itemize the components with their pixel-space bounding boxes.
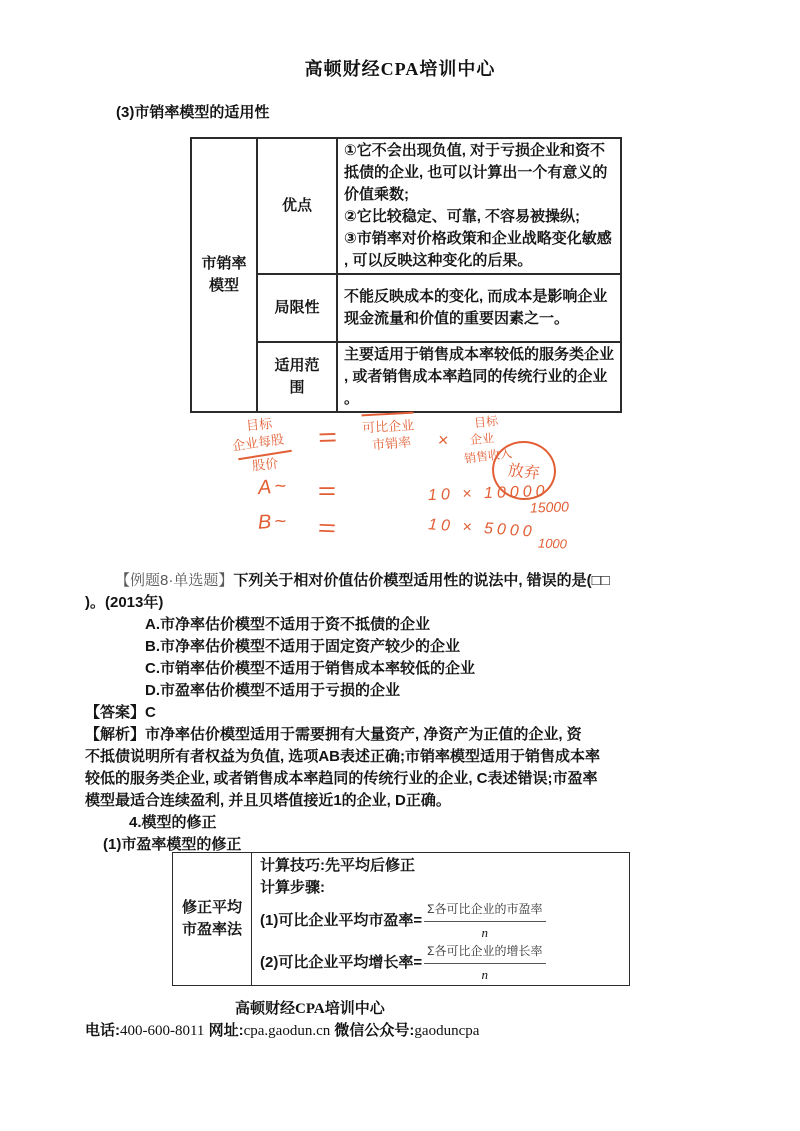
website-label: 网址: [204,1022,243,1039]
handwritten-rowB-equals: = [317,515,337,544]
calc-tip-line: 计算技巧:先平均后修正 [260,855,621,877]
handwritten-term1-line2: 市销率 [371,431,412,453]
pros-label-cell: 优点 [257,138,337,274]
document-page: 高顿财经CPA培训中心 (3)市销率模型的适用性 市销率 模型 优点 ①它不会出… [0,0,800,1131]
calc-steps-label: 计算步骤: [260,877,621,899]
adjusted-pe-row-header-line2: 市盈率法 [174,919,250,941]
ps-table-row-header-line1: 市销率 [193,253,255,275]
analysis-line-1: 【解析】市净率估价模型适用于需要拥有大量资产, 净资产为正值的企业, 资 [85,724,745,746]
step1-numerator: Σ各可比企业的市盈率 [424,898,545,922]
wechat-value: gaoduncpa [414,1023,479,1039]
option-c: C.市销率估价模型不适用于销售成本率较低的企业 [85,658,745,680]
footer-contact-line: 电话:400-600-8011 网址:cpa.gaodun.cn 微信公众号:g… [85,1019,479,1040]
section4-heading: 4.模型的修正 [85,812,745,834]
step1-fraction: Σ各可比企业的市盈率 n [424,898,545,944]
step1-label: (1)可比企业平均市盈率= [260,910,422,932]
step2-fraction: Σ各可比企业的增长率 n [424,940,545,986]
question-stem-text: 下列关于相对价值估价模型适用性的说法中, 错误的是(□□ [233,572,609,589]
analysis-line-3: 较低的服务类企业, 或者销售成本率趋同的传统行业的企业, C表述错误;市盈率 [85,768,745,790]
website-value: cpa.gaodun.cn [244,1023,331,1039]
option-d: D.市盈率估价模型不适用于亏损的企业 [85,680,745,702]
handwritten-term2-line2: 企业 [469,429,494,448]
handwritten-rowB-result: 1000 [538,535,567,551]
pros-item-1: ①它不会出现负值, 对于亏损企业和资不抵债的企业, 也可以计算出一个有意义的价值… [344,140,614,206]
step2-denominator: n [424,964,545,986]
adjusted-pe-row-header-line1: 修正平均 [174,897,250,919]
pros-item-3: ③市销率对价格政策和企业战略变化敏感, 可以反映这种变化的后果。 [344,228,614,272]
handwritten-rowA-result: 15000 [530,498,569,515]
step1-row: (1)可比企业平均市盈率= Σ各可比企业的市盈率 n [260,901,621,941]
question-stem-line1: 【例题8·单选题】下列关于相对价值估价模型适用性的说法中, 错误的是(□□ [85,570,745,592]
option-a: A.市净率估价模型不适用于资不抵债的企业 [85,614,745,636]
question-stem-line2: )。(2013年) [85,592,745,614]
step2-label: (2)可比企业平均增长率= [260,952,422,974]
handwritten-fraction-line3: 股价 [251,453,279,475]
handwritten-rowA-label: A~ [257,475,290,500]
handwritten-equals-sign: = [317,422,337,454]
step2-row: (2)可比企业平均增长率= Σ各可比企业的增长率 n [260,943,621,983]
ps-table-row-header: 市销率 模型 [191,138,257,412]
handwritten-rowA-equals: = [318,478,336,506]
step2-numerator: Σ各可比企业的增长率 [424,940,545,964]
scope-label-cell: 适用范围 [257,342,337,412]
analysis-line-2: 不抵债说明所有者权益为负值, 选项AB表述正确;市销率模型适用于销售成本率 [85,746,745,768]
handwritten-fraction-line2: 企业每股 [231,428,285,454]
handwritten-multiply-sign: × [437,430,449,452]
page-title: 高顿财经CPA培训中心 [0,55,800,81]
phone-value: 400-600-8011 [120,1023,204,1039]
ps-ratio-table: 市销率 模型 优点 ①它不会出现负值, 对于亏损企业和资不抵债的企业, 也可以计… [190,137,622,413]
adjusted-pe-content-cell: 计算技巧:先平均后修正 计算步骤: (1)可比企业平均市盈率= Σ各可比企业的市… [252,853,630,986]
question-tag: 【例题8·单选题】 [115,572,233,589]
analysis-line-4: 模型最适合连续盈利, 并且贝塔值接近1的企业, D正确。 [85,790,745,812]
handwritten-annotation-layer: 目标 企业每股 股价 = 可比企业 市销率 × 目标 企业 销售收入 放弃 A~… [230,412,595,567]
answer-line: 【答案】C [85,702,745,724]
limitations-content-cell: 不能反映成本的变化, 而成本是影响企业现金流量和价值的重要因素之一。 [337,274,621,342]
option-b: B.市净率估价模型不适用于固定资产较少的企业 [85,636,745,658]
adjusted-pe-table: 修正平均 市盈率法 计算技巧:先平均后修正 计算步骤: (1)可比企业平均市盈率… [172,852,630,986]
example-question-block: 【例题8·单选题】下列关于相对价值估价模型适用性的说法中, 错误的是(□□ )。… [85,570,745,856]
handwritten-rowB-expression: 10 × 5000 [428,516,537,541]
footer-title: 高顿财经CPA培训中心 [235,997,385,1018]
pros-item-2: ②它比较稳定、可靠, 不容易被操纵; [344,206,614,228]
section3-heading: (3)市销率模型的适用性 [116,101,269,122]
ps-table-row-header-line2: 模型 [193,275,255,297]
limitations-label-cell: 局限性 [257,274,337,342]
wechat-label: 微信公众号: [330,1022,414,1039]
pros-content-cell: ①它不会出现负值, 对于亏损企业和资不抵债的企业, 也可以计算出一个有意义的价值… [337,138,621,274]
phone-label: 电话: [85,1022,120,1039]
scope-content-cell: 主要适用于销售成本率较低的服务类企业, 或者销售成本率趋同的传统行业的企业。 [337,342,621,412]
handwritten-term2-line1: 目标 [473,412,499,431]
handwritten-rowB-label: B~ [257,510,289,535]
adjusted-pe-row-header: 修正平均 市盈率法 [173,853,252,986]
